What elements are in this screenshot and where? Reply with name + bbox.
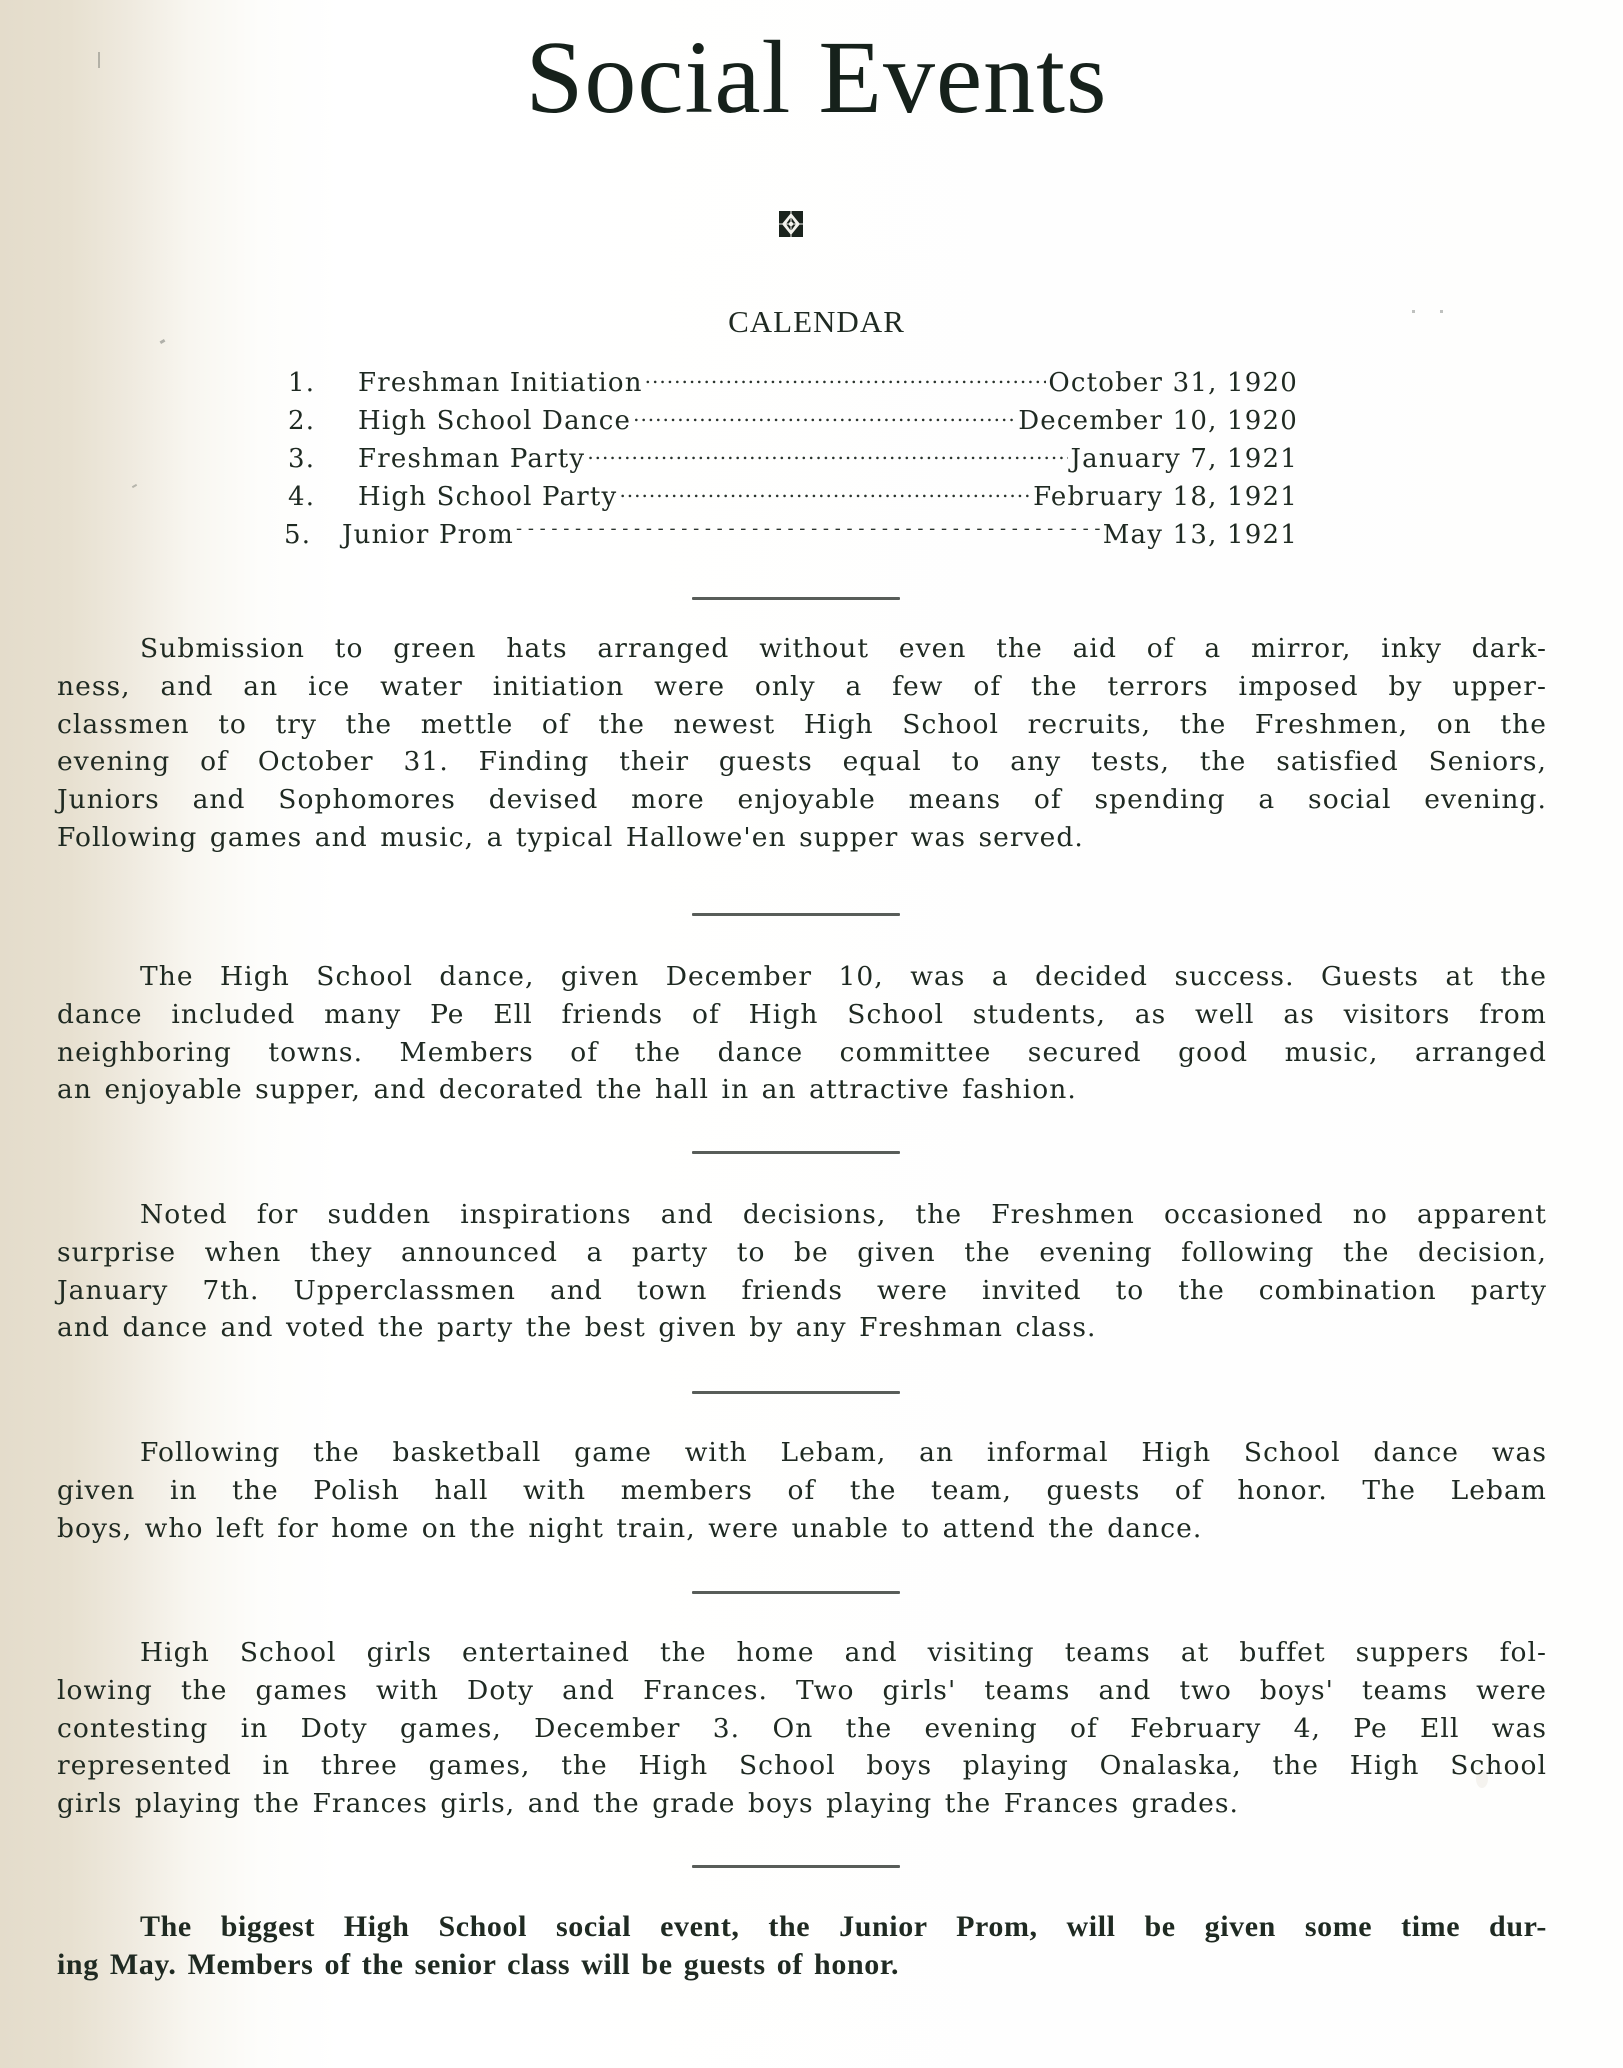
calendar-item: 4. High School Party February 18, 1921 [288,479,1298,517]
paper-stain [1476,1770,1488,1788]
paragraph-junior-prom: The biggest High School social event, th… [57,1908,1547,1984]
section-separator [692,1151,900,1154]
dot-leader [633,403,1016,429]
section-separator [692,1591,900,1594]
print-speck [132,484,137,488]
calendar-item-number: 5. [284,520,342,550]
print-speck [98,52,100,68]
paragraph-line: Noted for sudden inspirations and decisi… [57,1196,1547,1234]
paragraph-line: Following the basketball game with Lebam… [57,1434,1547,1472]
calendar-item-event: Freshman Initiation [358,368,643,398]
paragraph-line: Following games and music, a typical Hal… [57,819,1547,857]
calendar-item-date: May 13, 1921 [1103,520,1298,550]
paragraph-line: Juniors and Sophomores devised more enjo… [57,781,1547,819]
calendar-item-event: Junior Prom [342,520,514,550]
calendar-item-date: October 31, 1920 [1048,368,1298,398]
calendar-item-event: High School Dance [358,406,631,436]
yearbook-page: Social Events CALENDAR 1. Freshman Initi… [0,0,1623,2068]
paragraph-line: lowing the games with Doty and Frances. … [57,1672,1547,1710]
dash-leader [516,517,1101,543]
calendar-item-number: 3. [288,444,358,474]
dot-leader [645,365,1047,391]
paragraph-line: classmen to try the mettle of the newest… [57,706,1547,744]
paragraph-line: surprise when they announced a party to … [57,1234,1547,1272]
paragraph-basketball-dance: Following the basketball game with Lebam… [57,1434,1547,1547]
print-speck [1412,310,1415,313]
calendar-item: 3. Freshman Party January 7, 1921 [288,441,1298,479]
print-speck [1440,310,1443,313]
paragraph-line: The biggest High School social event, th… [57,1908,1547,1946]
square-ornament-icon [779,211,803,237]
calendar-item-number: 1. [288,368,358,398]
paragraph-line: and dance and voted the party the best g… [57,1309,1547,1347]
paragraph-freshman-initiation: Submission to green hats arranged withou… [57,630,1547,857]
calendar-list: 1. Freshman Initiation October 31, 1920 … [288,365,1298,555]
paragraph-high-school-dance: The High School dance, given December 10… [57,958,1547,1109]
dot-leader [619,479,1031,505]
paragraph-line: ing May. Members of the senior class wil… [57,1946,1547,1984]
paragraph-buffet-suppers: High School girls entertained the home a… [57,1634,1547,1823]
page-title: Social Events [0,18,1623,138]
dot-leader [587,441,1068,467]
calendar-item-event: High School Party [358,482,617,512]
section-separator [692,913,900,916]
calendar-item-date: December 10, 1920 [1018,406,1298,436]
calendar-item: 2. High School Dance December 10, 1920 [288,403,1298,441]
calendar-item: 5. Junior Prom May 13, 1921 [288,517,1298,555]
paragraph-line: boys, who left for home on the night tra… [57,1510,1547,1548]
calendar-item: 1. Freshman Initiation October 31, 1920 [288,365,1298,403]
paragraph-line: contesting in Doty games, December 3. On… [57,1710,1547,1748]
paragraph-line: January 7th. Upperclassmen and town frie… [57,1272,1547,1310]
paragraph-line: High School girls entertained the home a… [57,1634,1547,1672]
calendar-item-date: February 18, 1921 [1033,482,1298,512]
paragraph-line: neighboring towns. Members of the dance … [57,1034,1547,1072]
paragraph-freshman-party: Noted for sudden inspirations and decisi… [57,1196,1547,1347]
print-speck [160,339,166,344]
paragraph-line: dance included many Pe Ell friends of Hi… [57,996,1547,1034]
section-separator [692,1865,900,1868]
paragraph-line: girls playing the Frances girls, and the… [57,1785,1547,1823]
section-separator [692,1391,900,1394]
paragraph-line: represented in three games, the High Sch… [57,1747,1547,1785]
paragraph-line: given in the Polish hall with members of… [57,1472,1547,1510]
paragraph-line: evening of October 31. Finding their gue… [57,743,1547,781]
calendar-heading: CALENDAR [0,304,1623,340]
calendar-item-event: Freshman Party [358,444,585,474]
paragraph-line: ness, and an ice water initiation were o… [57,668,1547,706]
paragraph-line: an enjoyable supper, and decorated the h… [57,1071,1547,1109]
calendar-item-date: January 7, 1921 [1070,444,1298,474]
section-separator [692,597,900,600]
calendar-item-number: 2. [288,406,358,436]
calendar-item-number: 4. [288,482,358,512]
paragraph-line: Submission to green hats arranged withou… [57,630,1547,668]
paragraph-line: The High School dance, given December 10… [57,958,1547,996]
